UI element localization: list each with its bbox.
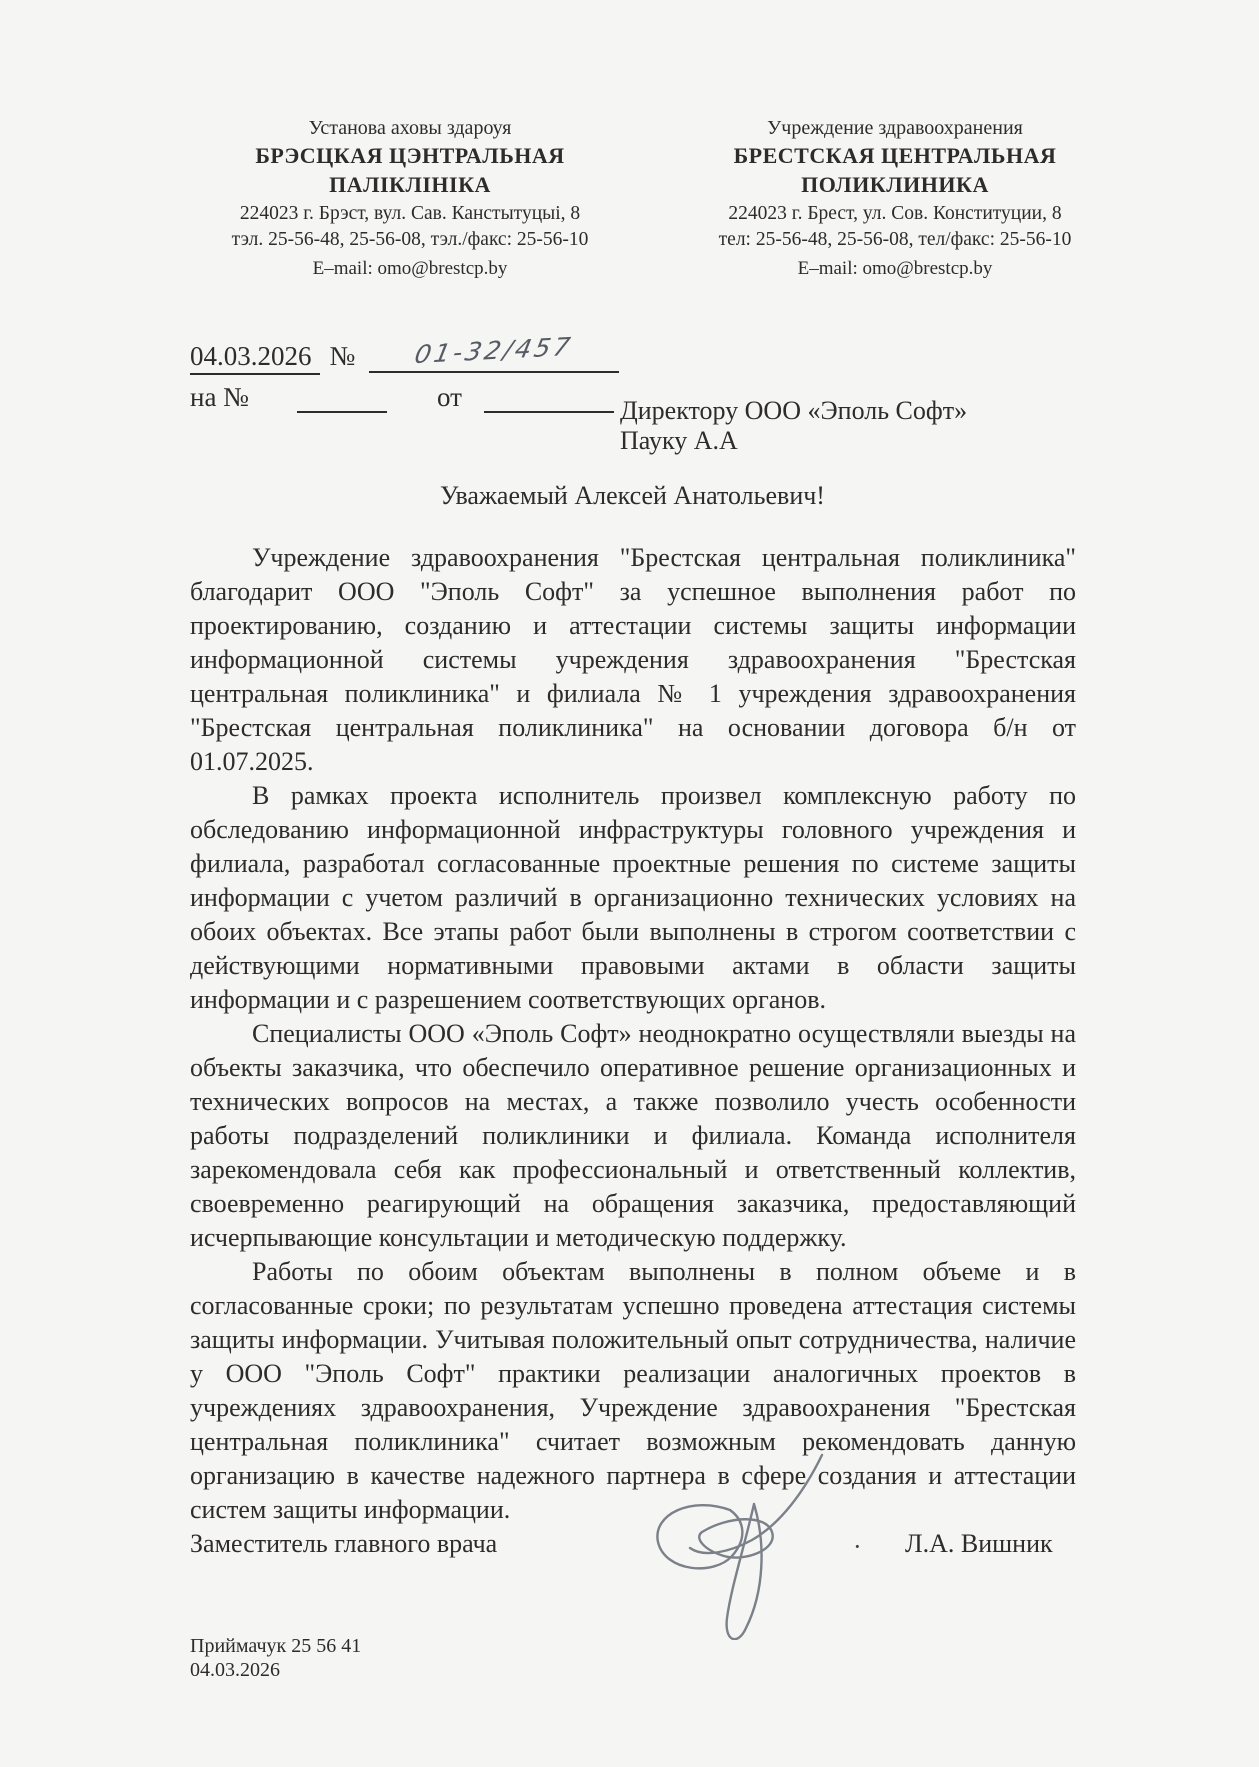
reference-line-2: на №от (190, 382, 619, 413)
letter-number-handwritten: 01-32/457 (413, 332, 576, 369)
letter-number-line: 01-32/457 (369, 333, 619, 373)
addressee-title: Директору ООО «Эполь Софт» (620, 396, 1100, 426)
body-paragraph-3: Специалисты ООО «Эполь Софт» неоднократн… (190, 1017, 1076, 1255)
letter-body: Учреждение здравоохранения "Брестская це… (190, 541, 1076, 1541)
org-type-be: Установа аховы здароуя (170, 115, 650, 141)
letterhead-right: Учреждение здравоохранения БРЕСТСКАЯ ЦЕН… (690, 115, 1100, 281)
signer-role: Заместитель главного врача (190, 1529, 497, 1559)
executor-contact: Приймачук 25 56 41 (190, 1634, 361, 1658)
org-address-be: 224023 г. Брэст, вул. Сав. Канстытуцыі, … (170, 201, 650, 227)
scanned-letter-page: Установа аховы здароуя БРЭСЦКАЯ ЦЭНТРАЛЬ… (0, 0, 1259, 1767)
reply-on-label: на № (190, 382, 249, 412)
footer-date: 04.03.2026 (190, 1658, 361, 1682)
salutation: Уважаемый Алексей Анатольевич! (190, 481, 1075, 511)
signature-dot: · (853, 1532, 862, 1562)
org-name-be-line2: ПАЛІКЛІНІКА (170, 170, 650, 199)
reply-from-blank (484, 383, 614, 413)
signer-name: Л.А. Вишник (905, 1529, 1075, 1559)
org-address-ru: 224023 г. Брест, ул. Сов. Конституции, 8 (690, 201, 1100, 227)
letterhead-left: Установа аховы здароуя БРЭСЦКАЯ ЦЭНТРАЛЬ… (170, 115, 650, 281)
body-paragraph-1: Учреждение здравоохранения "Брестская це… (190, 541, 1076, 779)
org-name-ru-line1: БРЕСТСКАЯ ЦЕНТРАЛЬНАЯ (690, 141, 1100, 170)
org-phones-be: тэл. 25-56-48, 25-56-08, тэл./факс: 25-5… (170, 227, 650, 253)
addressee-block: Директору ООО «Эполь Софт» Пауку А.А (620, 396, 1100, 456)
number-sign: № (330, 341, 356, 371)
reply-from-label: от (437, 382, 462, 412)
org-email-be: E–mail: omo@brestcp.by (170, 256, 650, 281)
letter-date: 04.03.2026 (190, 341, 320, 375)
reference-line-1: 04.03.2026№01-32/457 (190, 333, 619, 373)
org-phones-ru: тел: 25-56-48, 25-56-08, тел/факс: 25-56… (690, 227, 1100, 253)
org-email-ru: E–mail: omo@brestcp.by (690, 256, 1100, 281)
reply-on-blank (297, 383, 387, 413)
org-name-ru-line2: ПОЛИКЛИНИКА (690, 170, 1100, 199)
org-name-be-line1: БРЭСЦКАЯ ЦЭНТРАЛЬНАЯ (170, 141, 650, 170)
body-paragraph-2: В рамках проекта исполнитель произвел ко… (190, 779, 1076, 1017)
addressee-name: Пауку А.А (620, 426, 1100, 456)
reference-block: 04.03.2026№01-32/457 на №от (190, 333, 619, 413)
footer-block: Приймачук 25 56 41 04.03.2026 (190, 1634, 361, 1682)
handwritten-signature-icon (632, 1452, 837, 1640)
org-type-ru: Учреждение здравоохранения (690, 115, 1100, 141)
